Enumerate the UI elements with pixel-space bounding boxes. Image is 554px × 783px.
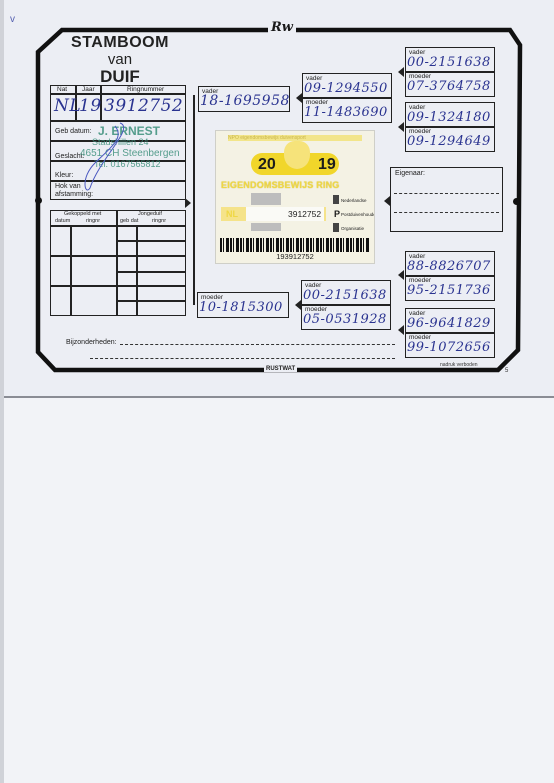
breeding-right-sub-gebdat: geb dat bbox=[120, 218, 138, 224]
arrow-icon bbox=[398, 270, 404, 280]
npo-n-icon bbox=[333, 195, 339, 204]
fmo-father-ring: 09-1324180 bbox=[407, 110, 491, 125]
brand-logo: Rw bbox=[268, 20, 296, 35]
header-nat: Nat bbox=[57, 86, 67, 93]
card-title: EIGENDOMSBEWIJS RING bbox=[221, 180, 366, 190]
arrow-icon bbox=[398, 325, 404, 335]
card-grey-field bbox=[251, 223, 281, 231]
divider bbox=[50, 285, 186, 287]
barcode bbox=[220, 238, 370, 252]
card-year-right: 19 bbox=[318, 156, 336, 174]
divider bbox=[50, 255, 186, 257]
breeding-left-sub-ringnr: ringnr bbox=[86, 218, 100, 224]
bird-nat-value: NL bbox=[54, 96, 81, 116]
ffa-father-ring: 00-2151638 bbox=[407, 55, 491, 70]
remarks-label: Bijzonderheden: bbox=[66, 339, 117, 346]
divider bbox=[116, 271, 186, 273]
owner-line-2[interactable] bbox=[394, 212, 499, 213]
arrow-icon bbox=[185, 198, 191, 208]
arrow-icon bbox=[398, 122, 404, 132]
card-year-left: 20 bbox=[258, 156, 276, 174]
divider bbox=[50, 93, 186, 95]
card-legend-1: Nederlandse bbox=[341, 198, 367, 203]
owner-line-1[interactable] bbox=[394, 193, 499, 194]
breeding-right-sub-ringnr: ringnr bbox=[152, 218, 166, 224]
arrow-icon bbox=[398, 67, 404, 77]
remarks-line-2[interactable] bbox=[90, 358, 395, 359]
fm-ring: 11-1483690 bbox=[304, 105, 388, 120]
page-number: 5 bbox=[505, 368, 508, 374]
card-grey-field bbox=[251, 193, 281, 205]
divider bbox=[70, 225, 72, 315]
divider bbox=[136, 225, 138, 315]
title-line-3: DUIF bbox=[60, 68, 180, 85]
footer-small-print: nadruk verboden bbox=[440, 362, 478, 368]
header-ringnummer: Ringnummer bbox=[127, 86, 164, 93]
breeding-left-header: Gekoppeld met bbox=[64, 211, 101, 217]
mfa-father-ring: 88-8826707 bbox=[407, 259, 491, 274]
npo-p-icon: P bbox=[334, 209, 340, 219]
title-line-1: STAMBOOM bbox=[60, 34, 180, 51]
mmo-father-ring: 96-9641829 bbox=[407, 316, 491, 331]
signature-scribble bbox=[80, 118, 140, 198]
card-legend-3: Organisatie bbox=[341, 226, 364, 231]
lion-crest-icon bbox=[284, 141, 310, 169]
card-legend-2: Postduivenhouders bbox=[341, 212, 375, 217]
ffa-mother-ring: 07-3764758 bbox=[407, 79, 491, 94]
ff-ring: 09-1294550 bbox=[304, 81, 388, 96]
npo-o-icon bbox=[333, 223, 339, 232]
mm-ring: 05-0531928 bbox=[303, 312, 387, 327]
label-hok-line1: Hok van bbox=[55, 183, 81, 190]
frame-dot-right bbox=[513, 198, 520, 205]
connector bbox=[193, 95, 195, 305]
breeding-right-header: Jongeduif bbox=[138, 211, 162, 217]
barcode-number: 193912752 bbox=[216, 252, 374, 261]
bird-year-value: 19 bbox=[79, 96, 102, 116]
header-jaar: Jaar bbox=[82, 86, 95, 93]
mf-ring: 00-2151638 bbox=[303, 288, 387, 303]
footer-brand: RUSTWAT bbox=[264, 366, 297, 372]
page-title: STAMBOOM van DUIF bbox=[60, 34, 180, 85]
remarks-line-1[interactable] bbox=[120, 344, 395, 345]
mfa-mother-ring: 95-2151736 bbox=[407, 283, 491, 298]
card-ring-number: 3912752 bbox=[288, 209, 321, 219]
frame-dot-left bbox=[35, 197, 42, 204]
owner-label: Eigenaar: bbox=[395, 170, 425, 177]
father-ring: 18-1695958 bbox=[200, 93, 290, 109]
title-line-2: van bbox=[60, 51, 180, 68]
mother-ring: 10-1815300 bbox=[199, 300, 283, 315]
breeding-left-sub-datum: datum bbox=[55, 218, 70, 224]
mmo-mother-ring: 99-1072656 bbox=[407, 340, 491, 355]
fmo-mother-ring: 09-1294649 bbox=[407, 134, 491, 149]
card-country: NL bbox=[226, 209, 238, 219]
ownership-card: NPO eigendomsbewijs duivensport 20 19 EI… bbox=[215, 130, 375, 264]
label-kleur: Kleur: bbox=[55, 172, 73, 179]
divider bbox=[116, 240, 186, 242]
bird-ring-value: 3912752 bbox=[104, 96, 183, 116]
divider bbox=[116, 300, 186, 302]
